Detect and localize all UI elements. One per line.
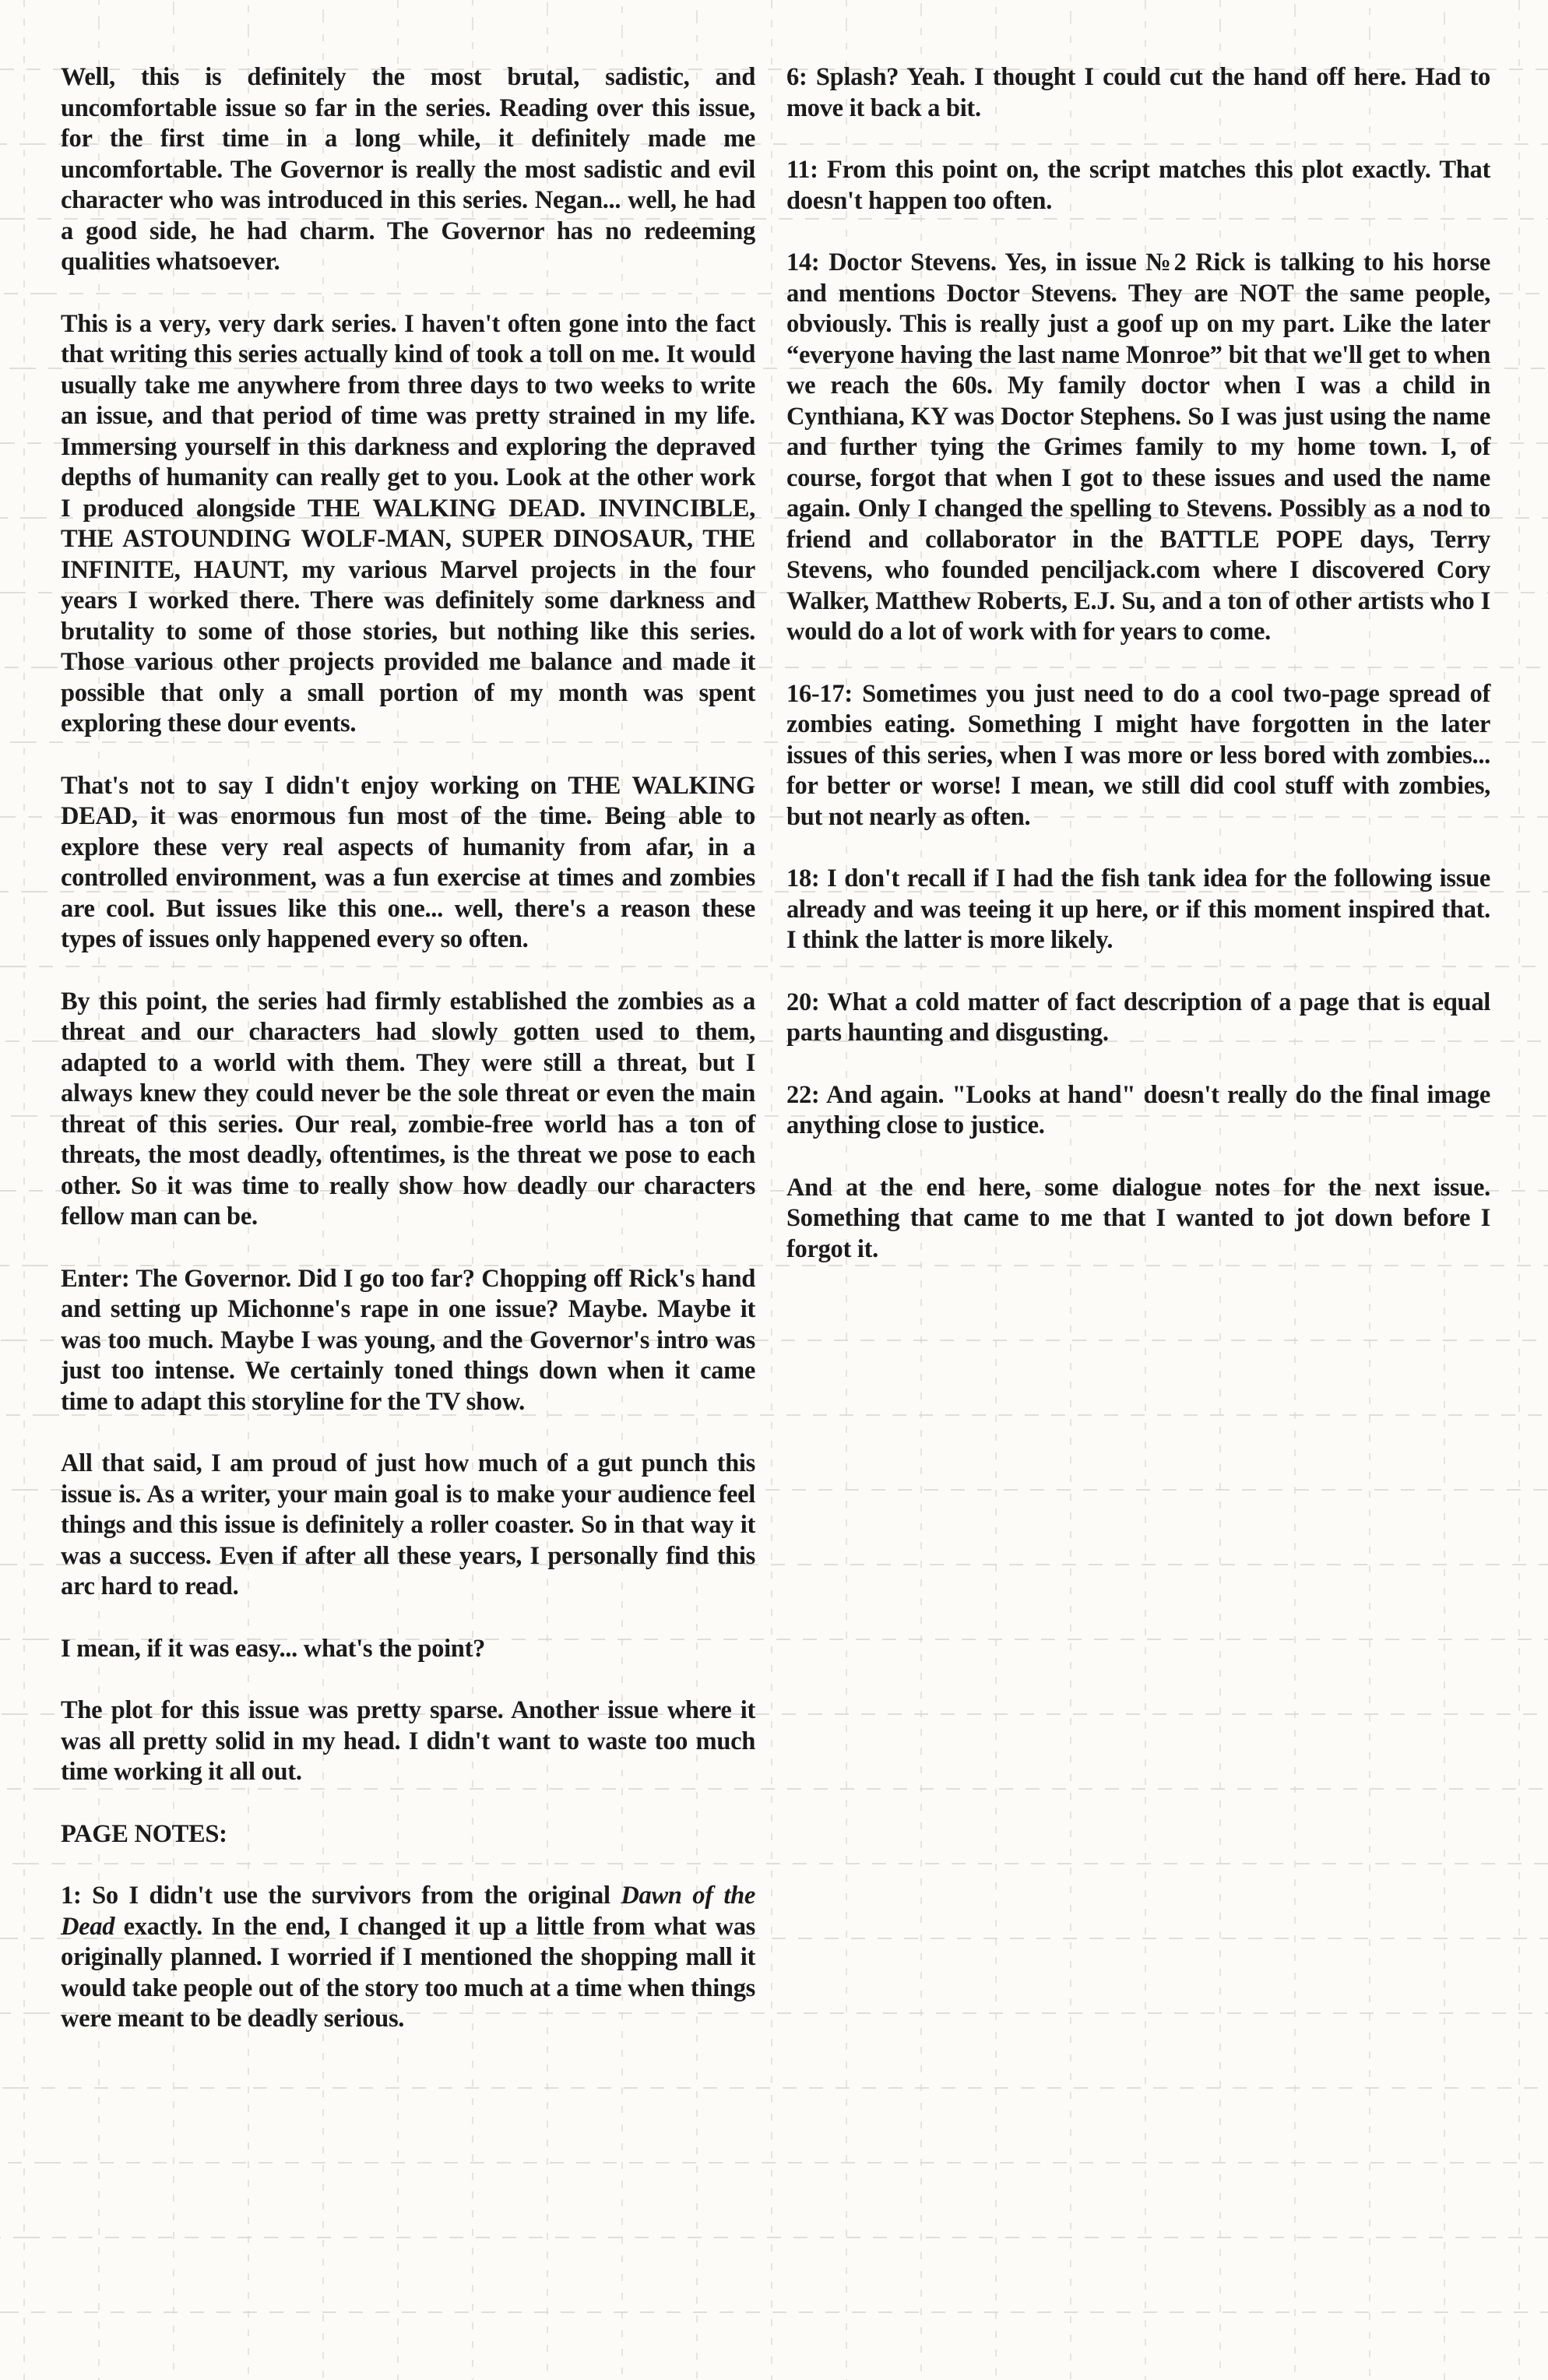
- para-enjoy-working: That's not to say I didn't enjoy working…: [61, 771, 755, 956]
- para-enter-governor: Enter: The Governor. Did I go too far? C…: [61, 1264, 755, 1418]
- commentary-text: Well, this is definitely the most brutal…: [61, 62, 1490, 2035]
- text-run: 11: From this point on, the script match…: [786, 156, 1490, 215]
- page-note-16-17: 16-17: Sometimes you just need to do a c…: [786, 679, 1490, 833]
- text-run: 1: So I didn't use the survivors from th…: [61, 1882, 621, 1910]
- page-note-1: 1: So I didn't use the survivors from th…: [61, 1881, 755, 2035]
- notebook-page: Well, this is definitely the most brutal…: [0, 0, 1548, 2380]
- para-dialogue-notes: And at the end here, some dialogue notes…: [786, 1173, 1490, 1266]
- text-run: 18: I don't recall if I had the fish tan…: [786, 864, 1490, 954]
- para-dark-series: This is a very, very dark series. I have…: [61, 309, 755, 740]
- page-notes-heading: PAGE NOTES:: [61, 1819, 755, 1850]
- text-run: 20: What a cold matter of fact descripti…: [786, 988, 1490, 1047]
- page-note-14: 14: Doctor Stevens. Yes, in issue №2 Ric…: [786, 248, 1490, 648]
- para-zombies-threat: By this point, the series had firmly est…: [61, 987, 755, 1233]
- text-run: Enter: The Governor. Did I go too far? C…: [61, 1265, 755, 1416]
- grid-line-horizontal: [0, 2237, 1548, 2238]
- text-run: 14: Doctor Stevens. Yes, in issue №2 Ric…: [786, 248, 1490, 646]
- text-run: By this point, the series had firmly est…: [61, 988, 755, 1231]
- left-text-column: Well, this is definitely the most brutal…: [61, 62, 755, 2035]
- text-run: 6: Splash? Yeah. I thought I could cut t…: [786, 63, 1490, 122]
- text-run: The plot for this issue was pretty spars…: [61, 1696, 755, 1786]
- page-note-20: 20: What a cold matter of fact descripti…: [786, 988, 1490, 1049]
- text-run: 16-17: Sometimes you just need to do a c…: [786, 680, 1490, 831]
- grid-line-horizontal: [0, 2311, 1548, 2313]
- page-note-22: 22: And again. "Looks at hand" doesn't r…: [786, 1080, 1490, 1142]
- text-run: And at the end here, some dialogue notes…: [786, 1174, 1490, 1263]
- text-run: I mean, if it was easy... what's the poi…: [61, 1635, 485, 1663]
- text-run: Well, this is definitely the most brutal…: [61, 63, 755, 276]
- text-run: That's not to say I didn't enjoy working…: [61, 772, 755, 954]
- grid-line-horizontal: [0, 2162, 1548, 2163]
- text-run: 22: And again. "Looks at hand" doesn't r…: [786, 1081, 1490, 1140]
- page-note-11: 11: From this point on, the script match…: [786, 155, 1490, 217]
- text-run: All that said, I am proud of just how mu…: [61, 1449, 755, 1600]
- grid-line-horizontal: [0, 2087, 1548, 2089]
- text-run: This is a very, very dark series. I have…: [61, 310, 755, 738]
- grid-line-vertical: [1518, 0, 1520, 2380]
- grid-line-vertical: [23, 0, 25, 2380]
- para-brutal-issue: Well, this is definitely the most brutal…: [61, 62, 755, 278]
- para-gut-punch: All that said, I am proud of just how mu…: [61, 1449, 755, 1603]
- text-run: exactly. In the end, I changed it up a l…: [61, 1913, 755, 2033]
- para-plot-sparse: The plot for this issue was pretty spars…: [61, 1695, 755, 1788]
- right-text-column: 6: Splash? Yeah. I thought I could cut t…: [786, 62, 1490, 2035]
- page-note-18: 18: I don't recall if I had the fish tan…: [786, 864, 1490, 956]
- para-whats-the-point: I mean, if it was easy... what's the poi…: [61, 1634, 755, 1665]
- text-run: PAGE NOTES:: [61, 1820, 227, 1848]
- page-note-6: 6: Splash? Yeah. I thought I could cut t…: [786, 62, 1490, 124]
